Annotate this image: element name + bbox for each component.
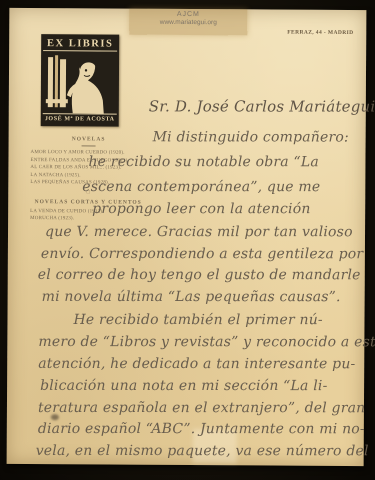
letter-line: He recibido también el primer nú- [73, 312, 322, 328]
ex-libris-title: EX LIBRIS [43, 36, 117, 51]
list-rule [82, 145, 96, 146]
letter-line: blicación una nota en mi sección “La li- [40, 378, 327, 394]
letterhead-address: Ferraz, 44 - Madrid [287, 30, 375, 37]
letter-line: he recibido su notable obra “La [88, 154, 318, 170]
archive-watermark: AJCM www.mariategui.org [129, 11, 247, 28]
letter-line: escena contemporánea”, que me [82, 179, 320, 195]
letter-line: atención, he dedicado a tan interesante … [38, 356, 355, 372]
ex-libris-bookplate: EX LIBRIS JOSÉ Mª DE ACOSTA [41, 34, 120, 126]
letter-line: que V. merece. Gracias mil por tan valio… [45, 224, 353, 240]
letter-line: envío. Correspondiendo a esta gentileza … [41, 246, 363, 262]
letter-line: propongo leer con la atención [92, 201, 310, 217]
woodcut-woman-illustration [43, 51, 117, 113]
watermark-url: www.mariategui.org [129, 19, 247, 28]
letter-salutation: Sr. D. José Carlos Mariátegui [149, 97, 375, 115]
letter-line: mero de “Libros y revistas” y reconocido… [38, 334, 375, 350]
letter-line: diario español “ABC”. Juntamente con mi … [38, 421, 365, 437]
letter-paper: AJCM www.mariategui.org Ferraz, 44 - Mad… [7, 8, 367, 466]
letter-line: mi novela última “Las pequeñas causas”. [42, 289, 341, 305]
novels-section-title: NOVELAS [31, 136, 147, 143]
ex-libris-owner: JOSÉ Mª DE ACOSTA [43, 113, 117, 124]
letter-line: el correo de hoy tengo el gusto de manda… [38, 267, 361, 283]
letter-line: Mi distinguido compañero: [153, 129, 349, 145]
letter-line: teratura española en el extranjero”, del… [38, 400, 365, 416]
letter-line: vela, en el mismo paquete, va ese número… [36, 443, 369, 459]
